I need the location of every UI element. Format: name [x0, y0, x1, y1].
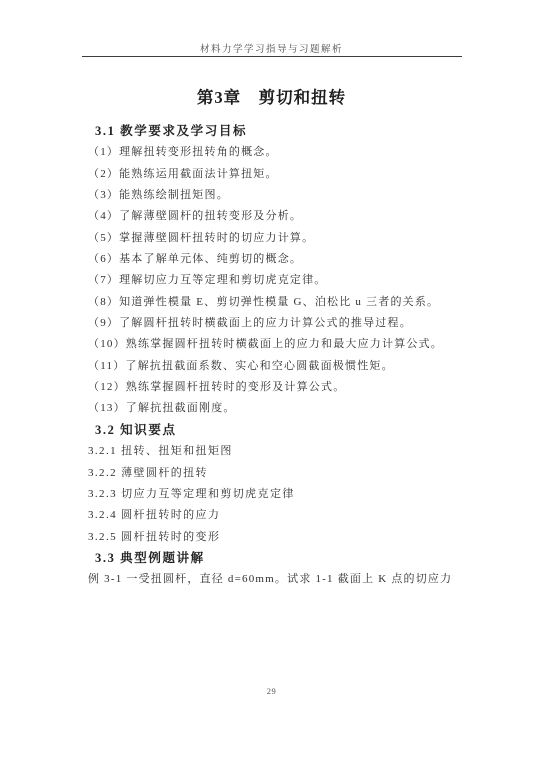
document-page: 材料力学学习指导与习题解析 第3章 剪切和扭转 3.1 教学要求及学习目标 （1…: [0, 0, 543, 768]
objective-item-8: （8）知道弹性模量 E、剪切弹性模量 G、泊松比 u 三者的关系。: [88, 292, 468, 313]
subsection-3-2-5: 3.2.5 圆杆扭转时的变形: [88, 527, 468, 548]
subsection-3-2-4: 3.2.4 圆杆扭转时的应力: [88, 505, 468, 526]
running-header: 材料力学学习指导与习题解析: [0, 41, 543, 55]
objective-item-9: （9）了解圆杆扭转时横截面上的应力计算公式的推导过程。: [88, 313, 468, 334]
objective-item-4: （4）了解薄壁圆杆的扭转变形及分析。: [88, 206, 468, 227]
objective-item-1: （1）理解扭转变形扭转角的概念。: [88, 142, 468, 163]
page-number: 29: [0, 686, 543, 696]
objective-item-11: （11）了解抗扭截面系数、实心和空心圆截面极惯性矩。: [88, 356, 468, 377]
objective-item-2: （2）能熟练运用截面法计算扭矩。: [88, 164, 468, 185]
subsection-3-2-2: 3.2.2 薄壁圆杆的扭转: [88, 463, 468, 484]
section-heading-3-2: 3.2 知识要点: [88, 420, 468, 441]
objective-item-10: （10）熟练掌握圆杆扭转时横截面上的应力和最大应力计算公式。: [88, 334, 468, 355]
objective-item-3: （3）能熟练绘制扭矩图。: [88, 185, 468, 206]
chapter-title: 第3章 剪切和扭转: [0, 84, 543, 108]
subsection-3-2-1: 3.2.1 扭转、扭矩和扭矩图: [88, 441, 468, 462]
objective-item-12: （12）熟练掌握圆杆扭转时的变形及计算公式。: [88, 377, 468, 398]
objective-item-7: （7）理解切应力互等定理和剪切虎克定律。: [88, 270, 468, 291]
objective-item-6: （6）基本了解单元体、纯剪切的概念。: [88, 249, 468, 270]
section-heading-3-1: 3.1 教学要求及学习目标: [88, 121, 468, 142]
section-heading-3-3: 3.3 典型例题讲解: [88, 548, 468, 569]
subsection-3-2-3: 3.2.3 切应力互等定理和剪切虎克定律: [88, 484, 468, 505]
objective-item-5: （5）掌握薄壁圆杆扭转时的切应力计算。: [88, 228, 468, 249]
objective-item-13: （13）了解抗扭截面刚度。: [88, 398, 468, 419]
example-3-1-line: 例 3-1 一受扭圆杆，直径 d=60mm。试求 1-1 截面上 K 点的切应力: [88, 569, 468, 590]
header-rule: [82, 56, 462, 57]
page-content: 3.1 教学要求及学习目标 （1）理解扭转变形扭转角的概念。 （2）能熟练运用截…: [88, 121, 468, 591]
